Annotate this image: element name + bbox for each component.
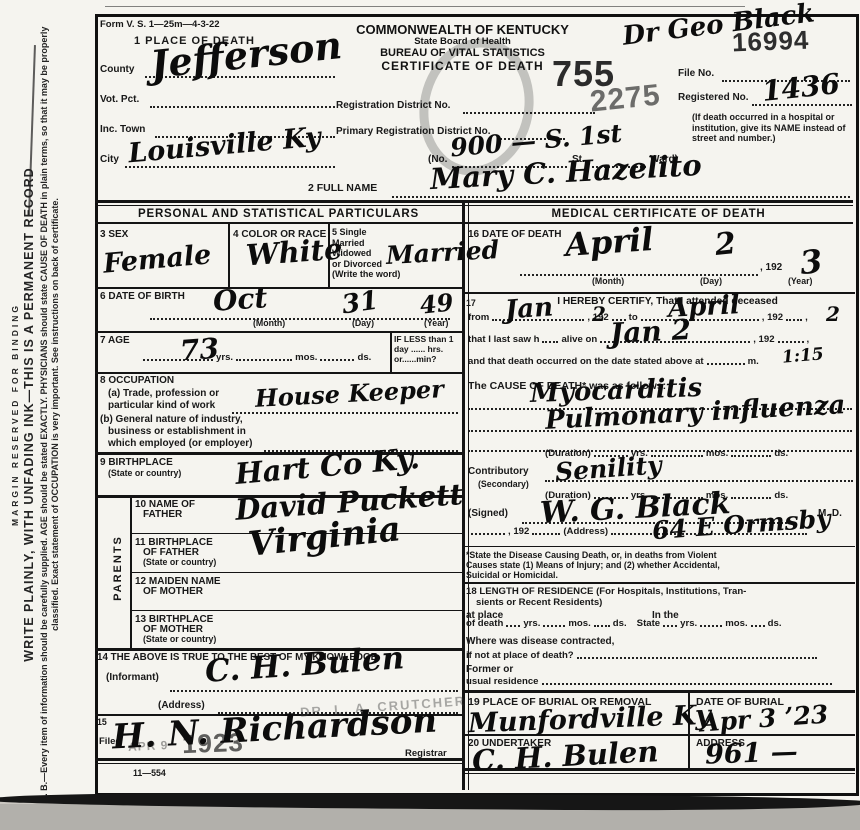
father-name-label2: FATHER — [143, 509, 182, 520]
line-end-comma: , — [805, 312, 808, 323]
ds-label: ds. — [613, 618, 627, 629]
dotted-leader — [700, 623, 722, 627]
place-of-burial-handwritten: Munfordville Ky — [468, 702, 712, 737]
header-rule — [95, 200, 853, 203]
death-occurred-line: and that death occurred on the date stat… — [468, 356, 759, 367]
marital-value-handwritten: Married — [385, 237, 499, 268]
dotted-leader — [532, 531, 560, 535]
filed-field-number: 15 — [97, 717, 107, 727]
dotted-leader — [543, 623, 565, 627]
dotted-leader — [542, 681, 832, 685]
ds-label: ds. — [774, 490, 788, 501]
burial-top-rule — [462, 690, 855, 693]
age-label: 7 AGE — [100, 335, 130, 346]
hospital-note: (If death occurred in a hospital or inst… — [692, 112, 852, 144]
age-units-line: yrs. mos. ds. — [140, 352, 371, 363]
dotted-leader — [236, 357, 292, 361]
dod-month-handwritten: April — [564, 223, 654, 261]
birthplace-caption: (State or country) — [108, 468, 181, 478]
dob-year-caption: (Year) — [424, 318, 448, 328]
secondary-caption: (Secondary) — [478, 479, 529, 489]
mother-row-rule — [130, 610, 462, 611]
medical-section-title: MEDICAL CERTIFICATE OF DEATH — [462, 208, 855, 220]
footnote-line3: Suicidal or Homicidal. — [466, 570, 558, 580]
dod-year-handwritten: 3 — [798, 245, 823, 279]
informant-label: (Informant) — [106, 672, 159, 683]
date-of-death-192: , 192 — [760, 262, 782, 273]
last-saw-value-handwritten: Jan 2 — [609, 316, 691, 348]
dotted-leader — [577, 655, 817, 659]
marital-option-single: 5 Single — [332, 227, 400, 238]
occupation-a-line1: (a) Trade, profession or — [108, 388, 219, 399]
race-value-handwritten: White — [245, 235, 343, 271]
usual-residence-label: usual residence — [466, 676, 539, 687]
residence-top-rule — [462, 582, 855, 584]
undertaker-address-handwritten: 961 — — [705, 738, 799, 768]
vot-pct-line — [150, 104, 335, 108]
contributory-value-handwritten: Senility — [554, 452, 662, 484]
registered-no-value-handwritten: 1436 — [761, 70, 841, 106]
primary-registration-stamp: 2275 — [589, 80, 662, 117]
if-less-block: IF LESS than 1 day ...... hrs. or......m… — [394, 334, 454, 364]
occurred-statement: and that death occurred on the date stat… — [468, 356, 704, 367]
occupation-b-line2: business or establishment in — [108, 426, 246, 437]
age-value-handwritten: 73 — [179, 335, 220, 366]
if-not-label: if not at place of death? — [466, 650, 574, 661]
signed-192: , 192 — [508, 526, 529, 537]
dotted-leader — [471, 531, 505, 535]
section-title-rule — [95, 222, 853, 224]
commonwealth-title: COMMONWEALTH OF KENTUCKY — [330, 22, 595, 37]
to-year-handwritten: 2 — [826, 304, 840, 324]
filed-row-rule-2 — [95, 763, 462, 764]
scan-edge-line — [105, 6, 745, 7]
age-row-rule — [95, 372, 462, 374]
of-death-label: of death — [466, 618, 503, 629]
dotted-leader — [320, 357, 354, 361]
mos-label: mos. — [706, 448, 728, 459]
full-name-line — [392, 194, 850, 198]
occupation-a-line2: particular kind of work — [108, 400, 215, 411]
footnote-line2: Causes state (1) Means of Injury; and (2… — [466, 560, 720, 570]
dotted-leader — [663, 623, 677, 627]
file-no-label: File No. — [678, 68, 714, 79]
state-board-subtitle: State Board of Health — [330, 36, 595, 47]
age-ifless-divider — [390, 331, 392, 372]
if-less-line3: or......min? — [394, 354, 454, 364]
inc-town-label: Inc. Town — [100, 124, 145, 135]
certify-field-number: 17 — [466, 298, 476, 308]
dob-year-handwritten: 49 — [419, 290, 455, 317]
city-label: City — [100, 154, 119, 165]
mother-maiden-label2: OF MOTHER — [143, 586, 203, 597]
mos-label: mos. — [725, 618, 747, 629]
dod-day-handwritten: 2 — [713, 229, 737, 261]
footnote-line1: *State the Disease Causing Death, or, in… — [466, 550, 717, 560]
disease-contracted-line1: Where was disease contracted, — [466, 636, 614, 647]
dotted-leader — [542, 339, 558, 343]
dotted-leader — [778, 339, 804, 343]
contributory-label: Contributory — [468, 466, 529, 477]
residence-label-line2: sients or Recent Residents) — [476, 597, 602, 608]
dotted-leader — [594, 623, 610, 627]
dob-line — [150, 316, 450, 320]
marital-write-word: (Write the word) — [332, 269, 400, 280]
margin-binding-note: MARGIN RESERVED FOR BINDING — [10, 17, 20, 812]
death-certificate-scan: MARGIN RESERVED FOR BINDING WRITE PLAINL… — [0, 0, 860, 830]
form-number: Form V. S. 1—25m—4-3-22 — [100, 19, 220, 30]
dob-month-handwritten: Oct — [212, 284, 268, 316]
last-saw-pre: that I last saw h — [468, 334, 539, 345]
mos-label: mos. — [295, 352, 317, 363]
ds-label: ds. — [774, 448, 788, 459]
registrar-label: Registrar — [405, 748, 447, 759]
header-rule-2 — [95, 205, 853, 206]
line-end-comma: , — [807, 334, 810, 345]
dotted-leader — [707, 361, 745, 365]
personal-section-title: PERSONAL AND STATISTICAL PARTICULARS — [95, 208, 462, 220]
residence-duration-line: of death yrs. mos. ds. State yrs. mos. d… — [466, 618, 782, 629]
state-label: State — [637, 618, 660, 629]
alive-on-label: alive on — [561, 334, 597, 345]
dotted-leader — [786, 317, 802, 321]
parents-vertical-label: PARENTS — [112, 533, 124, 603]
ds-label: ds. — [357, 352, 371, 363]
from-value-handwritten: Jan — [504, 294, 554, 323]
to-192: , 192 — [762, 312, 783, 323]
if-less-line2: day ...... hrs. — [394, 344, 454, 354]
former-residence-line2: usual residence — [466, 676, 835, 687]
disease-contracted-line2: if not at place of death? — [466, 650, 820, 661]
from-year-handwritten: 2 — [592, 304, 606, 324]
sex-row-rule — [95, 287, 462, 289]
registered-no-label: Registered No. — [678, 92, 749, 103]
dob-day-handwritten: 31 — [340, 288, 379, 319]
dob-month-caption: (Month) — [253, 318, 285, 328]
time-value-handwritten: 1:15 — [781, 346, 824, 367]
ds-label: ds. — [768, 618, 782, 629]
yrs-label: yrs. — [523, 618, 540, 629]
margin-nb-note: N. B.—Every item of information should b… — [39, 17, 60, 812]
occupation-b-line1: (b) General nature of industry, — [100, 414, 243, 425]
vot-pct-label: Vot. Pct. — [100, 94, 139, 105]
residence-label-line1: 18 LENGTH OF RESIDENCE (For Hospitals, I… — [466, 586, 746, 597]
m-label: m. — [748, 356, 759, 367]
if-less-line1: IF LESS than 1 — [394, 334, 454, 344]
occupation-label: 8 OCCUPATION — [100, 375, 174, 386]
mos-label: mos. — [568, 618, 590, 629]
margin-permanent-record-note: WRITE PLAINLY, WITH UNFADING INK—THIS IS… — [22, 17, 36, 812]
registration-district-line — [463, 110, 595, 114]
dod-month-caption: (Month) — [592, 276, 624, 286]
former-residence-line1: Former or — [466, 664, 513, 675]
dotted-leader — [731, 495, 771, 499]
full-name-label: 2 FULL NAME — [308, 182, 377, 194]
dotted-leader — [751, 623, 765, 627]
informant-address-label: (Address) — [158, 700, 205, 711]
signed-label: (Signed) — [468, 508, 508, 519]
registration-district-label: Registration District No. — [336, 100, 450, 111]
dotted-leader — [506, 623, 520, 627]
dod-day-caption: (Day) — [700, 276, 722, 286]
date-of-death-line — [520, 272, 758, 276]
county-label: County — [100, 64, 134, 75]
yrs-label: yrs. — [680, 618, 697, 629]
dotted-leader — [731, 453, 771, 457]
birthplace-label: 9 BIRTHPLACE — [100, 457, 173, 468]
father-birthplace-caption: (State or country) — [143, 557, 216, 567]
occupation-b-line3: which employed (or employer) — [108, 438, 252, 449]
father-bp-row-rule — [130, 572, 462, 573]
dob-day-caption: (Day) — [352, 318, 374, 328]
dob-label: 6 DATE OF BIRTH — [100, 291, 185, 302]
binding-margin: MARGIN RESERVED FOR BINDING WRITE PLAINL… — [10, 17, 60, 812]
dob-row-rule — [95, 331, 462, 333]
plate-number: 11—554 — [133, 768, 166, 778]
sex-race-divider — [228, 224, 230, 287]
from-label: from — [468, 312, 489, 323]
footnote-top-rule — [462, 546, 855, 547]
mother-birthplace-caption: (State or country) — [143, 634, 216, 644]
sex-label: 3 SEX — [100, 229, 128, 240]
last-saw-192: , 192 — [753, 334, 774, 345]
